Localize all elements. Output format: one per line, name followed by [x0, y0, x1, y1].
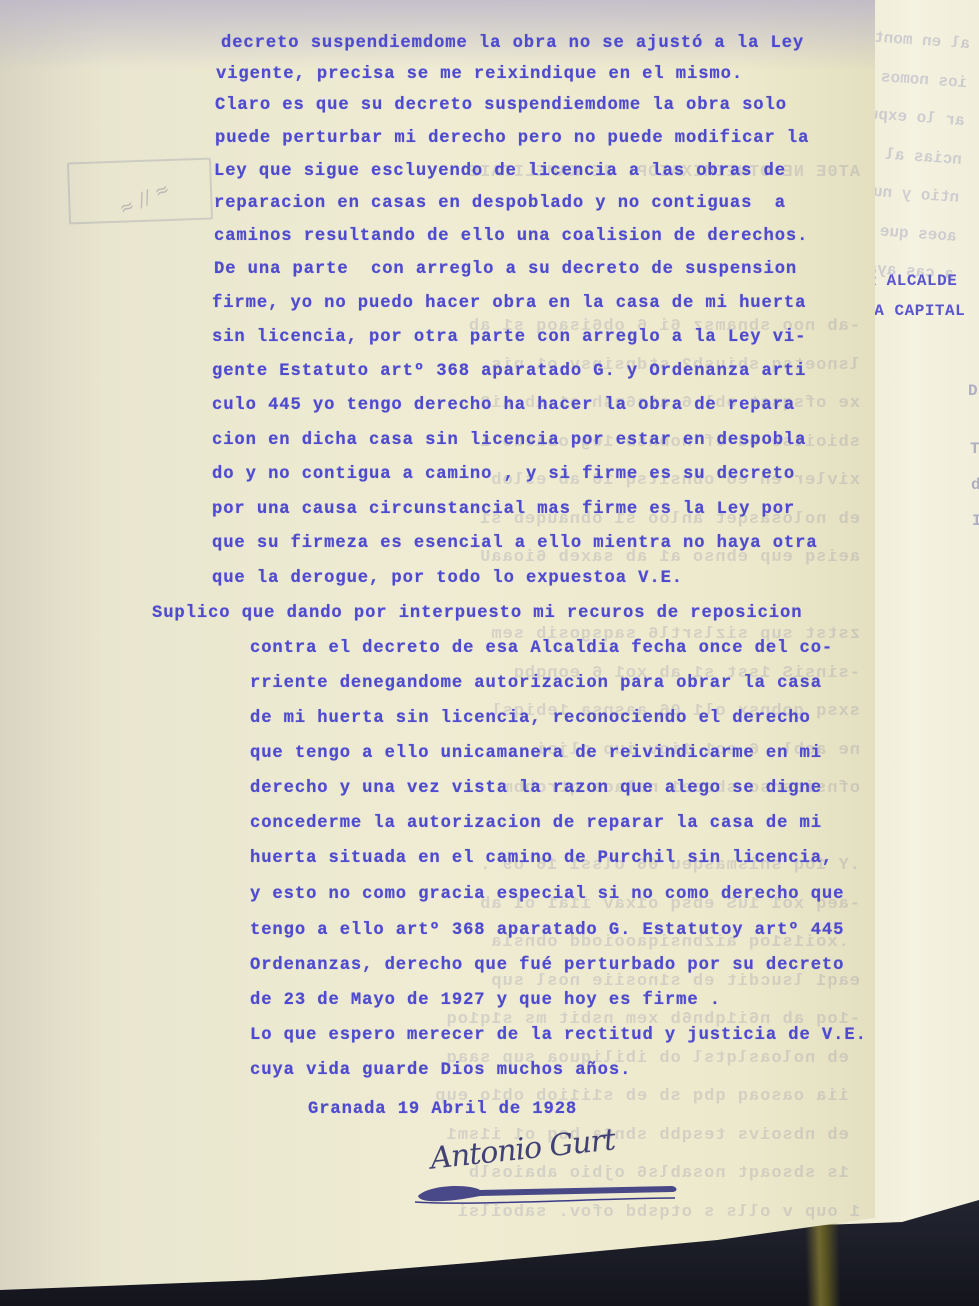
body-line: do y no contigua a camino , y si firme e…: [212, 465, 795, 484]
signature-rubric: [410, 1178, 680, 1208]
body-line: cion en dicha casa sin licencia por esta…: [212, 431, 806, 450]
supplication-line: contra el decreto de esa Alcaldia fecha …: [250, 639, 833, 658]
supplication-line: de 23 de Mayo de 1927 y que hoy es firme…: [250, 991, 721, 1010]
right-margin-letter: D: [968, 382, 978, 400]
body-line: que su firmeza es esencial a ello mientr…: [212, 534, 818, 553]
body-line: caminos resultando de ello una coalision…: [214, 227, 808, 246]
body-line: firme, yo no puedo hacer obra en la casa…: [212, 294, 806, 313]
body-line: De una parte con arreglo a su decreto de…: [214, 260, 797, 279]
letter-page: AT0E NE OTNEIMIXAIOP. JE KAMELITAIE -ab …: [0, 0, 875, 1290]
body-line: reparacion en casas en despoblado y no c…: [214, 194, 786, 213]
place-date: Granada 19 Abril de 1928: [308, 1100, 577, 1119]
closing-line: cuya vida guarde Dios muchos años.: [250, 1061, 631, 1080]
supplication-opening: Suplico que dando por interpuesto mi rec…: [152, 604, 802, 623]
supplication-line: derecho y una vez vista la razon que ale…: [250, 779, 822, 798]
supplication-line: y esto no como gracia especial si no com…: [250, 885, 844, 904]
body-line: por una causa circunstancial mas firme e…: [212, 500, 795, 519]
supplication-line: huerta situada en el camino de Purchil s…: [250, 849, 833, 868]
right-margin-letter: I: [972, 512, 979, 530]
body-line: que la derogue, por todo lo expuestoa V.…: [212, 569, 683, 588]
body-line: puede perturbar mi derecho pero no puede…: [215, 129, 809, 148]
body-line: Ley que sigue escluyendo de licencia a l…: [214, 162, 786, 181]
supplication-line: de mi huerta sin licencia, reconociendo …: [250, 709, 811, 728]
closing-line: Lo que espero merecer de la rectitud y j…: [250, 1026, 867, 1045]
body-line: decreto suspendiemdome la obra no se aju…: [221, 34, 804, 53]
body-line: culo 445 yo tengo derecho ha hacer la ob…: [212, 396, 795, 415]
body-line: gente Estatuto artº 368 aparatado G. y O…: [212, 362, 806, 381]
supplication-line: tengo a ello artº 368 aparatado G. Estat…: [250, 921, 844, 940]
right-margin-letter: T: [970, 440, 979, 458]
right-margin-letter: d: [971, 476, 979, 494]
body-line: vigente, precisa se me reixindique en el…: [216, 65, 743, 84]
body-line: Claro es que su decreto suspendiemdome l…: [215, 96, 787, 115]
supplication-line: que tengo a ello unicamanera de reivindi…: [250, 744, 822, 763]
supplication-line: rriente denegandome autorizacion para ob…: [250, 674, 822, 693]
supplication-line: Ordenanzas, derecho que fué perturbado p…: [250, 956, 844, 975]
supplication-line: concederme la autorizacion de reparar la…: [250, 814, 822, 833]
body-line: sin licencia, por otra parte con arreglo…: [212, 328, 806, 347]
